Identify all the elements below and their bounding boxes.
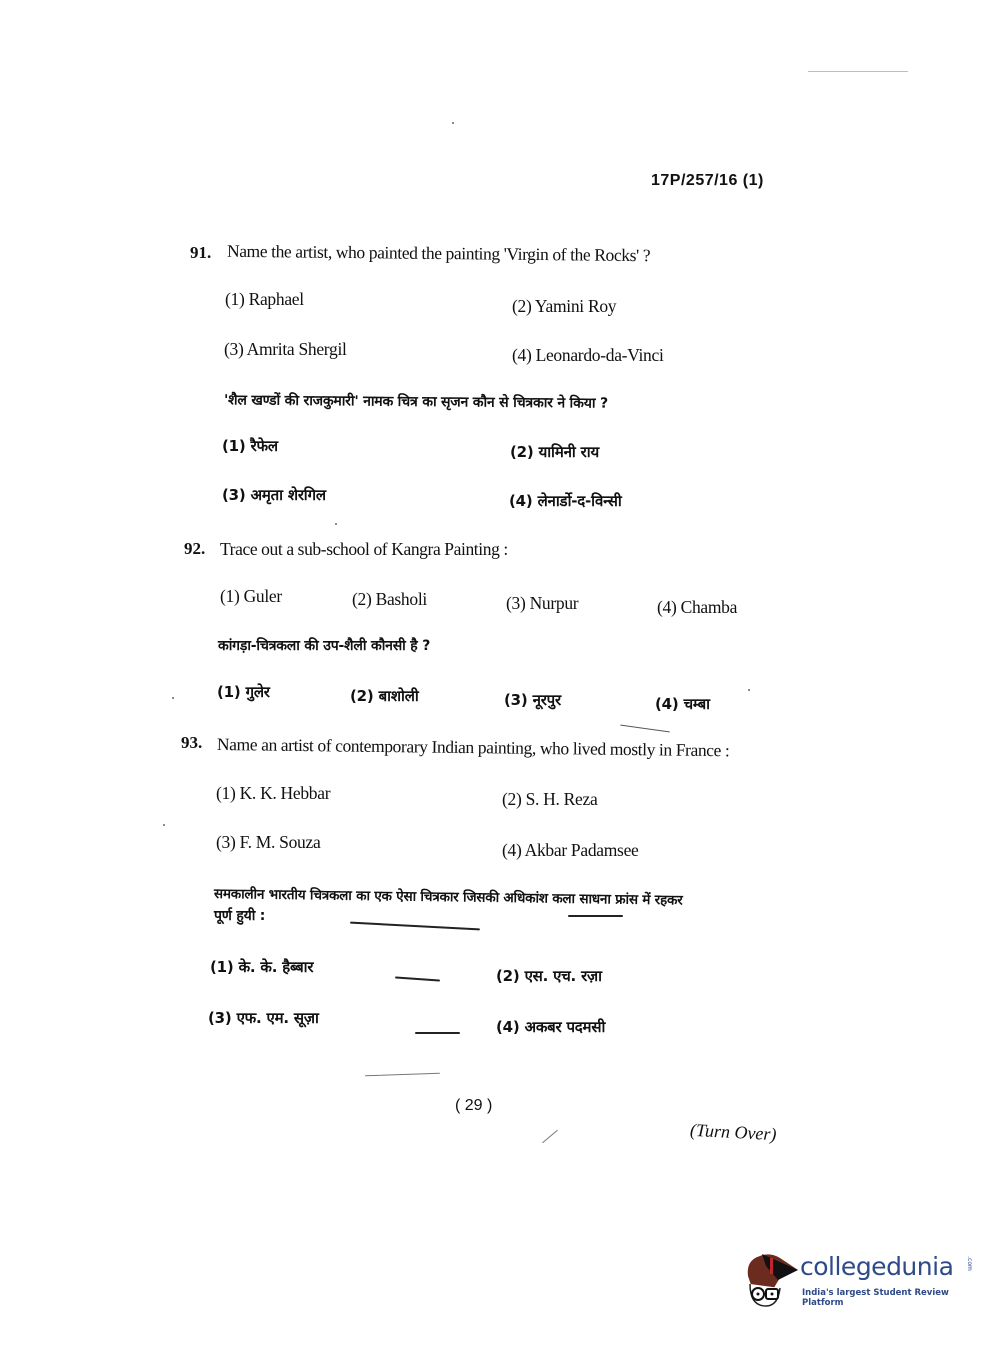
pen-mark: [415, 1032, 460, 1034]
top-rule: [808, 71, 908, 72]
q91-option-2: (2) Yamini Roy: [512, 296, 616, 317]
q93-option-4: (4) Akbar Padamsee: [502, 840, 639, 861]
q92-option-4-hindi: (4) चम्बा: [655, 694, 710, 714]
q93-option-2: (2) S. H. Reza: [502, 789, 597, 810]
question-number-92: 92.: [184, 539, 205, 559]
q91-option-1: (1) Raphael: [225, 289, 304, 310]
pen-mark: [350, 922, 480, 931]
question-number-93: 93.: [181, 733, 202, 753]
speck: [452, 122, 454, 124]
brand-tagline: India's largest Student Review Platform: [802, 1288, 980, 1308]
pen-mark: [395, 976, 440, 981]
speck: [335, 523, 337, 525]
q93-option-1-hindi: (1) के. के. हैब्बार: [210, 957, 313, 977]
q92-option-1-hindi: (1) गुलेर: [217, 682, 270, 702]
q91-option-4-hindi: (4) लेनार्डो-द-विन्सी: [509, 491, 622, 511]
question-92-text-hindi: कांगड़ा-चित्रकला की उप-शैली कौनसी है ?: [218, 636, 430, 655]
question-91-text-hindi: 'शैल खण्डों की राजकुमारी' नामक चित्र का …: [224, 390, 608, 412]
pen-mark: [365, 1073, 440, 1077]
q92-option-3: (3) Nurpur: [506, 593, 578, 614]
q91-option-1-hindi: (1) रैफेल: [222, 436, 278, 456]
pen-mark: [542, 1130, 558, 1144]
q92-option-2: (2) Basholi: [352, 589, 427, 610]
mascot-icon: [740, 1248, 800, 1318]
question-93-text-hindi-line1: समकालीन भारतीय चित्रकला का एक ऐसा चित्रक…: [214, 884, 683, 909]
q92-option-1: (1) Guler: [220, 586, 282, 607]
speck: [172, 697, 174, 699]
paper-code: 17P/257/16 (1): [651, 172, 764, 190]
q93-option-1: (1) K. K. Hebbar: [216, 783, 330, 804]
q92-option-3-hindi: (3) नूरपुर: [504, 690, 561, 710]
q91-option-4: (4) Leonardo-da-Vinci: [512, 345, 664, 366]
page-number: ( 29 ): [455, 1097, 492, 1115]
q93-option-3: (3) F. M. Souza: [216, 832, 320, 853]
q91-option-3-hindi: (3) अमृता शेरगिल: [222, 485, 326, 505]
brand-name: collegedunia: [800, 1252, 953, 1281]
question-93-text-hindi-line2: पूर्ण हुयी :: [214, 906, 265, 925]
q91-option-3: (3) Amrita Shergil: [224, 339, 347, 360]
q93-option-3-hindi: (3) एफ. एम. सूज़ा: [208, 1008, 319, 1028]
pen-mark: [620, 725, 670, 733]
question-91-text: Name the artist, who painted the paintin…: [227, 241, 650, 266]
q92-option-2-hindi: (2) बाशोली: [350, 686, 419, 706]
pen-mark: [568, 915, 623, 917]
q93-option-2-hindi: (2) एस. एच. रज़ा: [496, 966, 602, 986]
turn-over-note: (Turn Over): [690, 1120, 777, 1145]
question-number-91: 91.: [190, 243, 211, 263]
q92-option-4: (4) Chamba: [657, 597, 737, 618]
q93-option-4-hindi: (4) अकबर पदमसी: [496, 1017, 605, 1037]
collegedunia-logo: collegedunia .com India's largest Studen…: [740, 1248, 980, 1318]
q91-option-2-hindi: (2) यामिनी राय: [510, 442, 599, 462]
speck: [163, 824, 165, 826]
question-93-text: Name an artist of contemporary Indian pa…: [217, 734, 730, 761]
speck: [748, 689, 750, 691]
question-92-text: Trace out a sub-school of Kangra Paintin…: [220, 539, 508, 560]
brand-domain-suffix: .com: [966, 1256, 973, 1271]
